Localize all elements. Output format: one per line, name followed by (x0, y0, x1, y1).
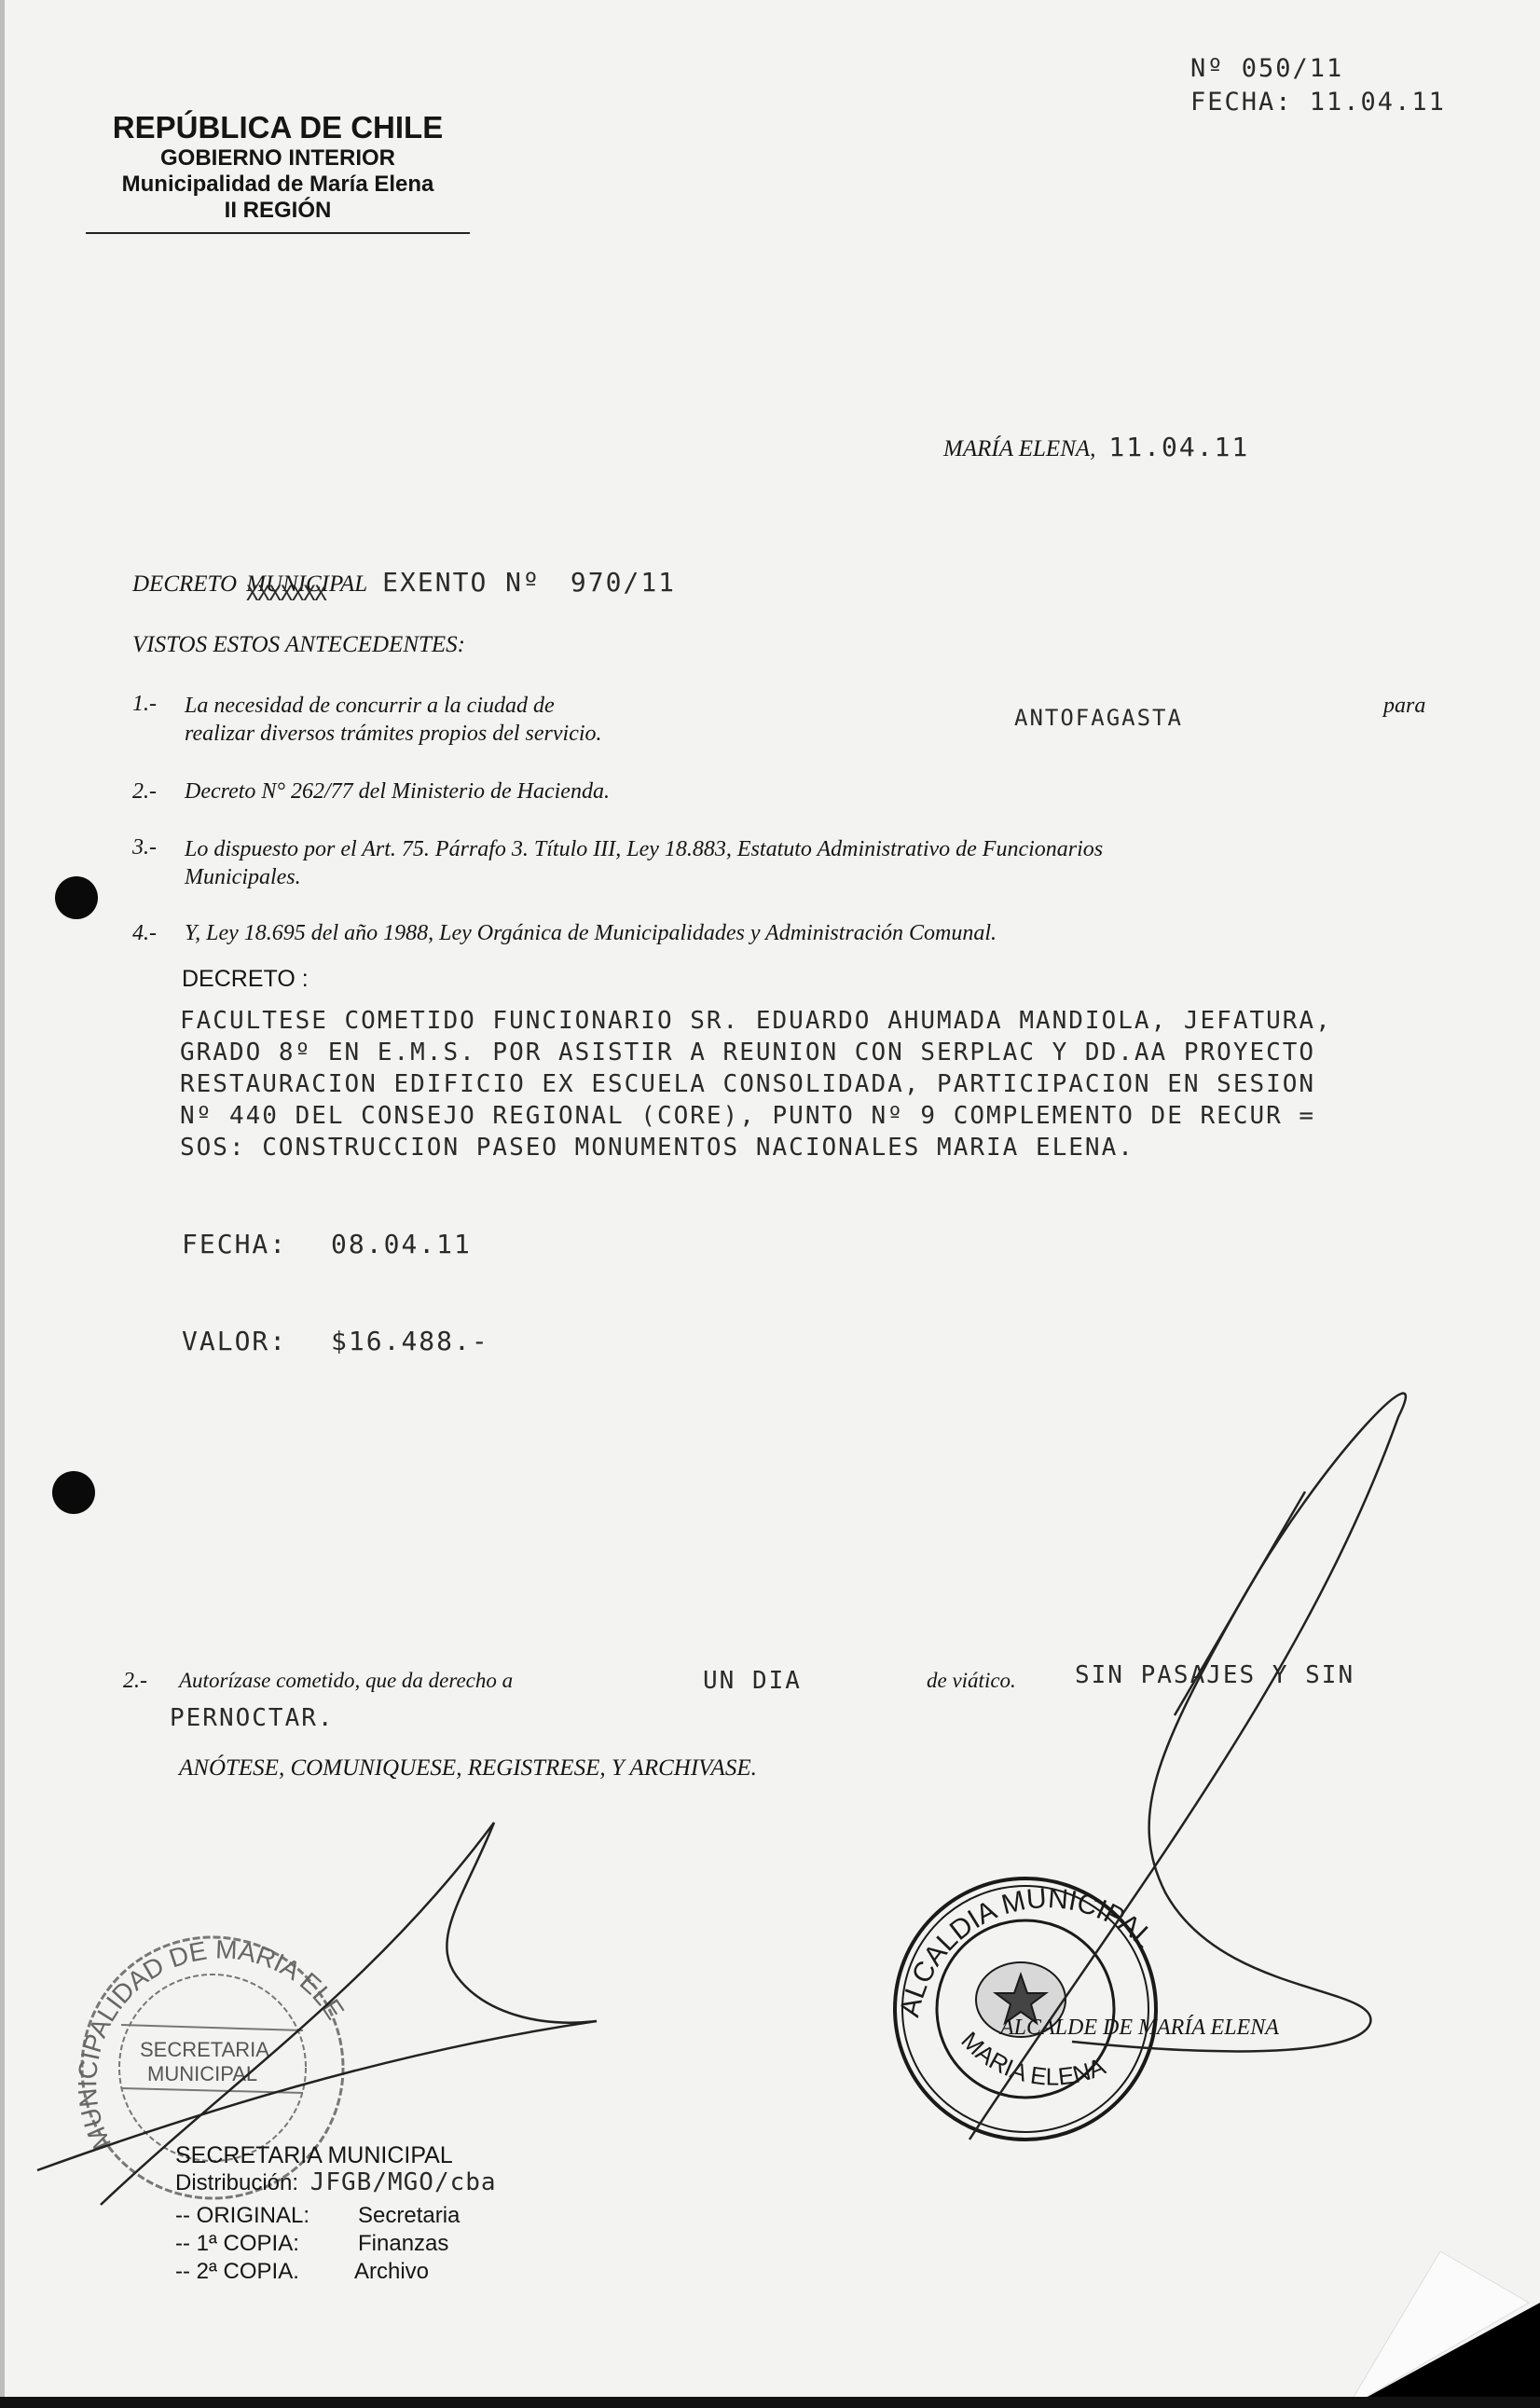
scan-bottom-edge (0, 2397, 1540, 2408)
folded-corner (0, 0, 1540, 2408)
scanned-document-page: REPÚBLICA DE CHILE GOBIERNO INTERIOR Mun… (0, 0, 1540, 2408)
